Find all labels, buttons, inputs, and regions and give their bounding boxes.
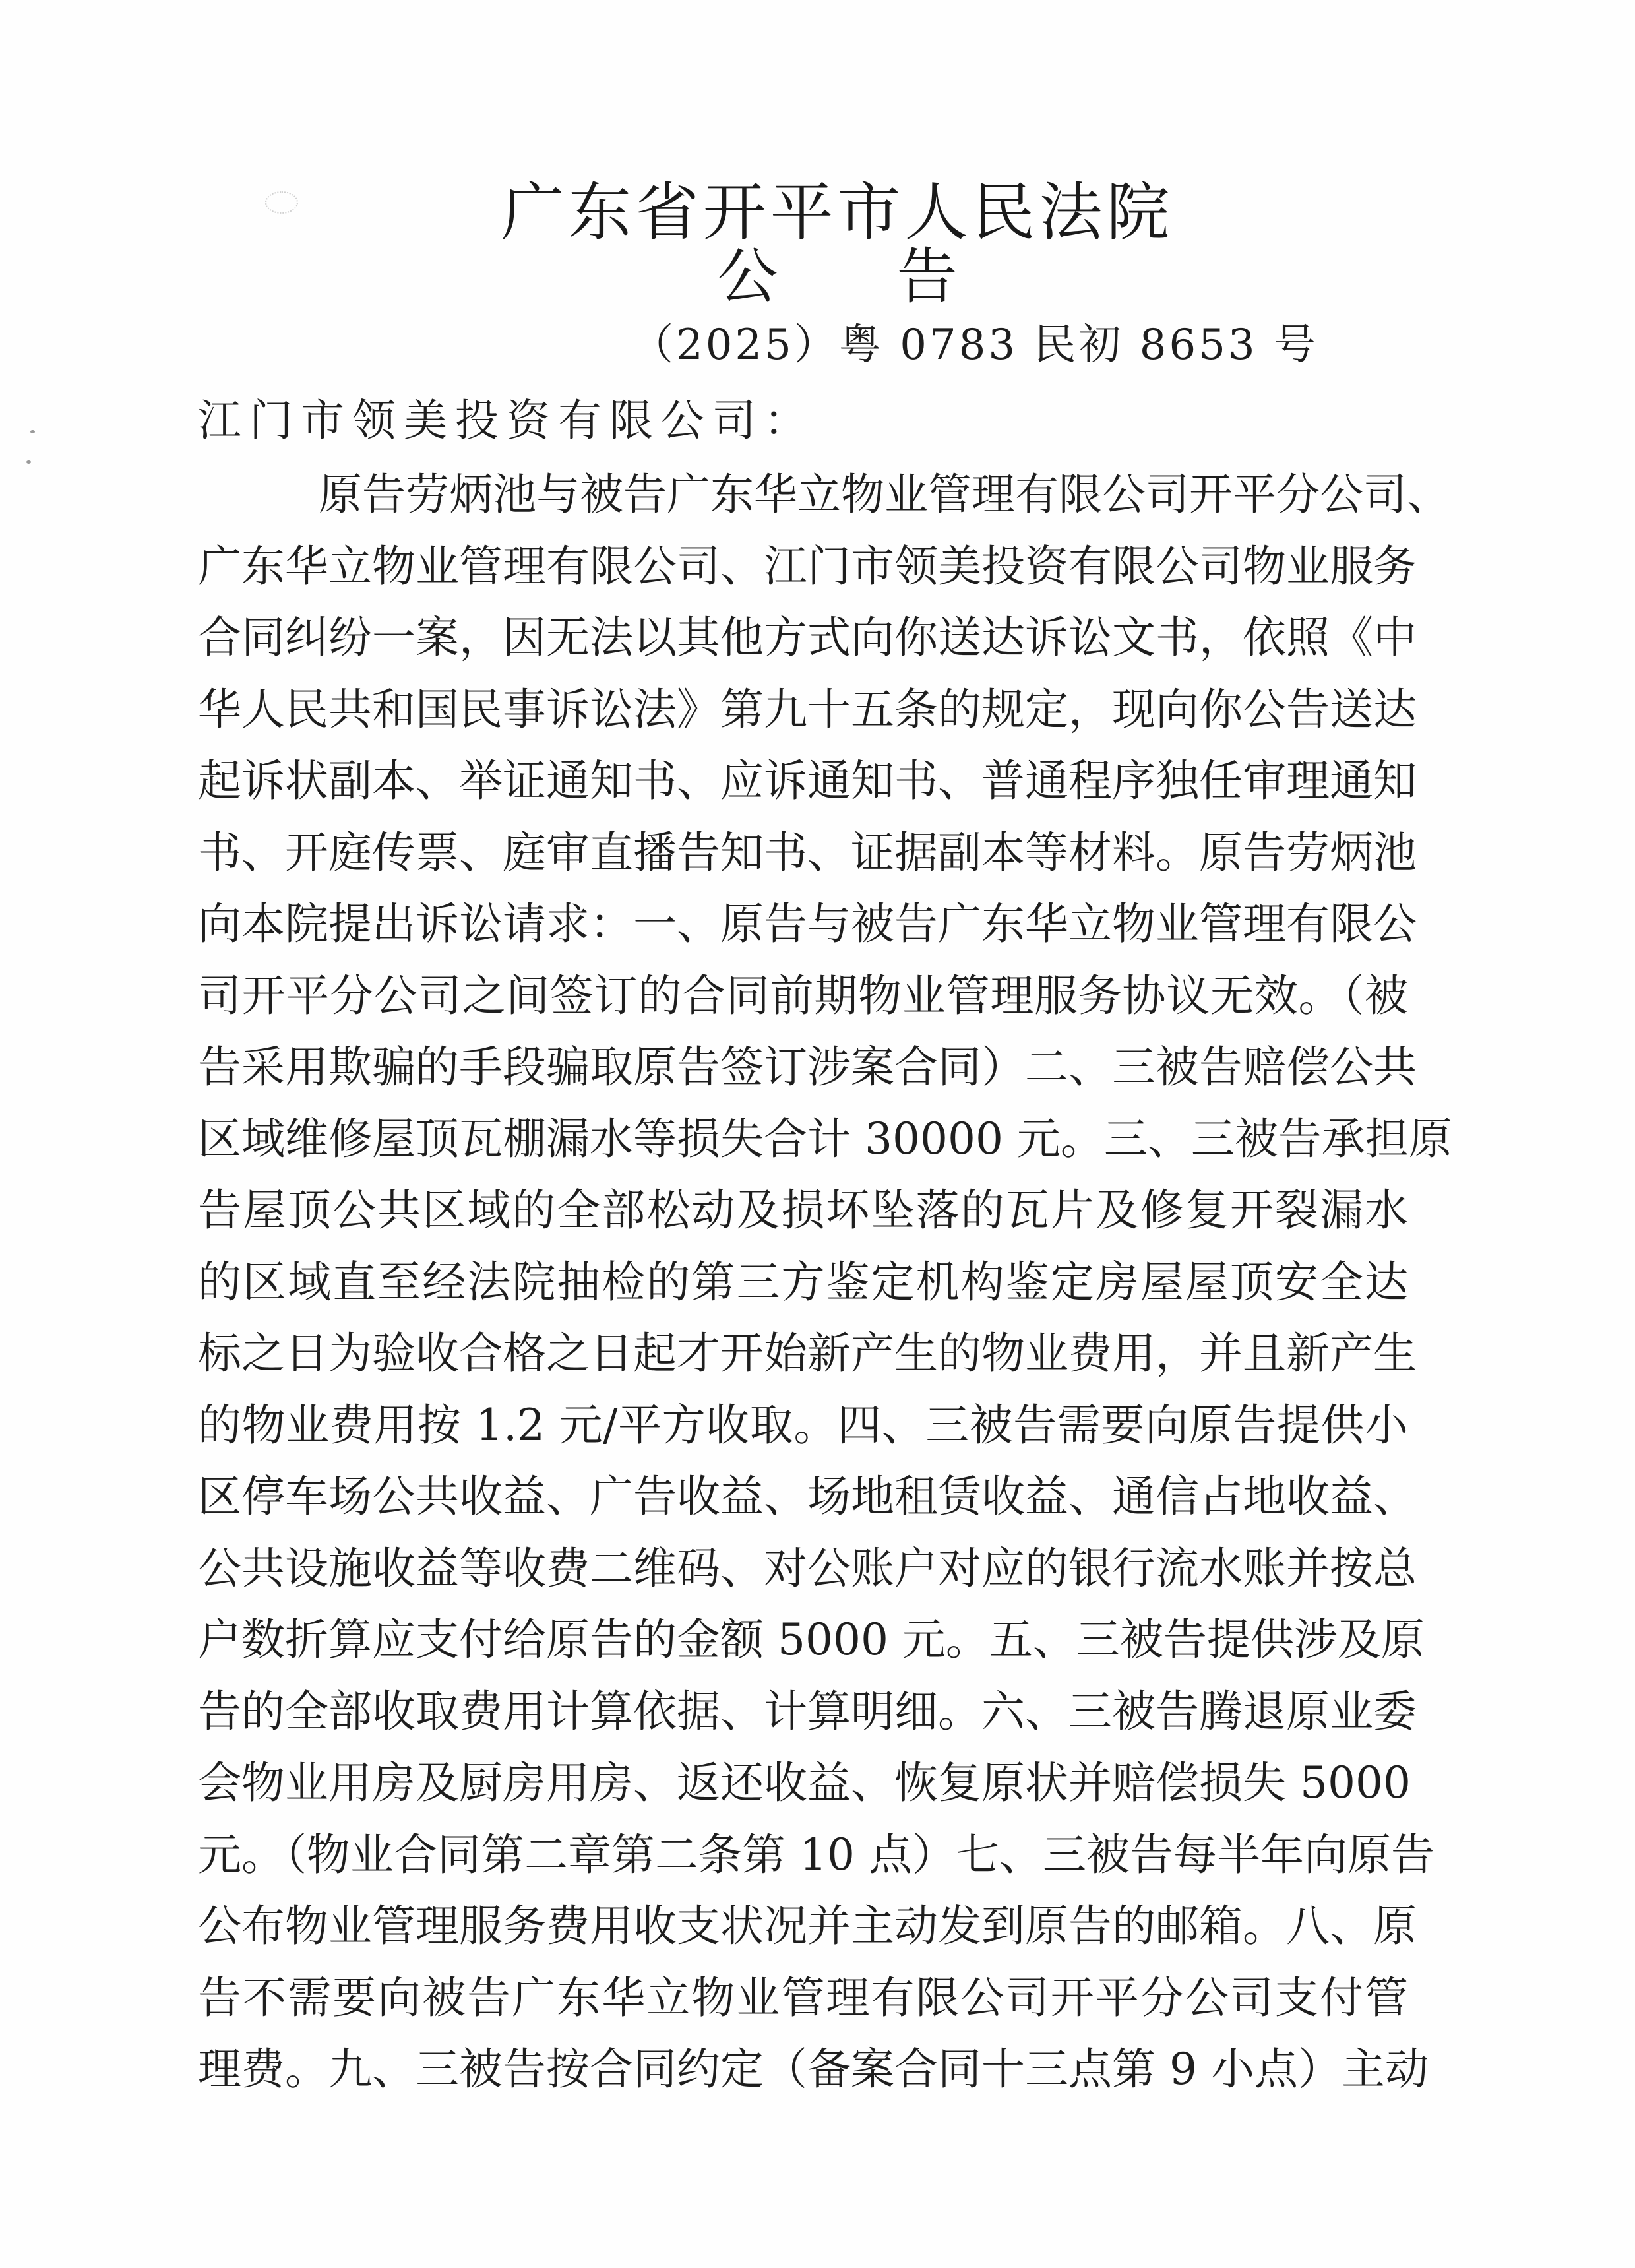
document-type-char-2: 告 xyxy=(897,241,958,313)
body-line: 元。（物业合同第二章第二条第 10 点）七、三被告每半年向原告 xyxy=(198,1822,1408,1894)
body-line: 告的全部收取费用计算依据、计算明细。六、三被告腾退原业委 xyxy=(198,1679,1408,1751)
body-line: 的区域直至经法院抽检的第三方鉴定机构鉴定房屋屋顶安全达 xyxy=(198,1249,1408,1321)
scan-speck xyxy=(30,430,35,433)
scan-speck xyxy=(26,460,31,464)
body-line: 的物业费用按 1.2 元/平方收取。四、三被告需要向原告提供小 xyxy=(198,1393,1408,1465)
body-line: 向本院提出诉讼请求：一、原告与被告广东华立物业管理有限公 xyxy=(198,891,1408,963)
body-line: 告屋顶公共区域的全部松动及损坏坠落的瓦片及修复开裂漏水 xyxy=(198,1178,1408,1249)
body-line: 合同纠纷一案，因无法以其他方式向你送达诉讼文书，依照《中 xyxy=(198,605,1408,677)
body-line: 书、开庭传票、庭审直播告知书、证据副本等材料。原告劳炳池 xyxy=(198,820,1408,892)
body-line: 会物业用房及厨房用房、返还收益、恢复原状并赔偿损失 5000 xyxy=(198,1750,1408,1822)
body-line: 户数折算应支付给原告的金额 5000 元。五、三被告提供涉及原 xyxy=(198,1607,1408,1679)
body-line: 广东华立物业管理有限公司、江门市领美投资有限公司物业服务 xyxy=(198,534,1408,606)
body-line: 标之日为验收合格之日起才开始新产生的物业费用，并且新产生 xyxy=(198,1321,1408,1393)
document-type-heading: 公告 xyxy=(0,241,1635,313)
body-line: 原告劳炳池与被告广东华立物业管理有限公司开平分公司、 xyxy=(198,462,1408,534)
case-number: （2025）粤 0783 民初 8653 号 xyxy=(631,315,1318,375)
body-line: 起诉状副本、举证通知书、应诉通知书、普通程序独任审理通知 xyxy=(198,748,1408,820)
scanned-document-page: 广东省开平市人民法院 公告 （2025）粤 0783 民初 8653 号 江门市… xyxy=(0,0,1635,2268)
body-line: 华人民共和国民事诉讼法》第九十五条的规定，现向你公告送达 xyxy=(198,677,1408,749)
body-line: 公布物业管理服务费用收支状况并主动发到原告的邮箱。八、原 xyxy=(198,1893,1408,1965)
salutation-recipient: 江门市领美投资有限公司： xyxy=(198,388,815,454)
body-line: 区域维修屋顶瓦棚漏水等损失合计 30000 元。三、三被告承担原 xyxy=(198,1106,1408,1178)
body-line: 告采用欺骗的手段骗取原告签订涉案合同）二、三被告赔偿公共 xyxy=(198,1034,1408,1106)
body-line: 公共设施收益等收费二维码、对公账户对应的银行流水账并按总 xyxy=(198,1536,1408,1608)
body-line: 告不需要向被告广东华立物业管理有限公司开平分公司支付管 xyxy=(198,1965,1408,2037)
notice-body: 原告劳炳池与被告广东华立物业管理有限公司开平分公司、 广东华立物业管理有限公司、… xyxy=(198,462,1408,2108)
body-line: 司开平分公司之间签订的合同前期物业管理服务协议无效。（被 xyxy=(198,963,1408,1035)
court-name-heading: 广东省开平市人民法院 xyxy=(0,173,1635,252)
body-line: 区停车场公共收益、广告收益、场地租赁收益、通信占地收益、 xyxy=(198,1464,1408,1536)
document-type-char-1: 公 xyxy=(717,241,778,313)
body-line: 理费。九、三被告按合同约定（备案合同十三点第 9 小点）主动 xyxy=(198,2036,1408,2108)
